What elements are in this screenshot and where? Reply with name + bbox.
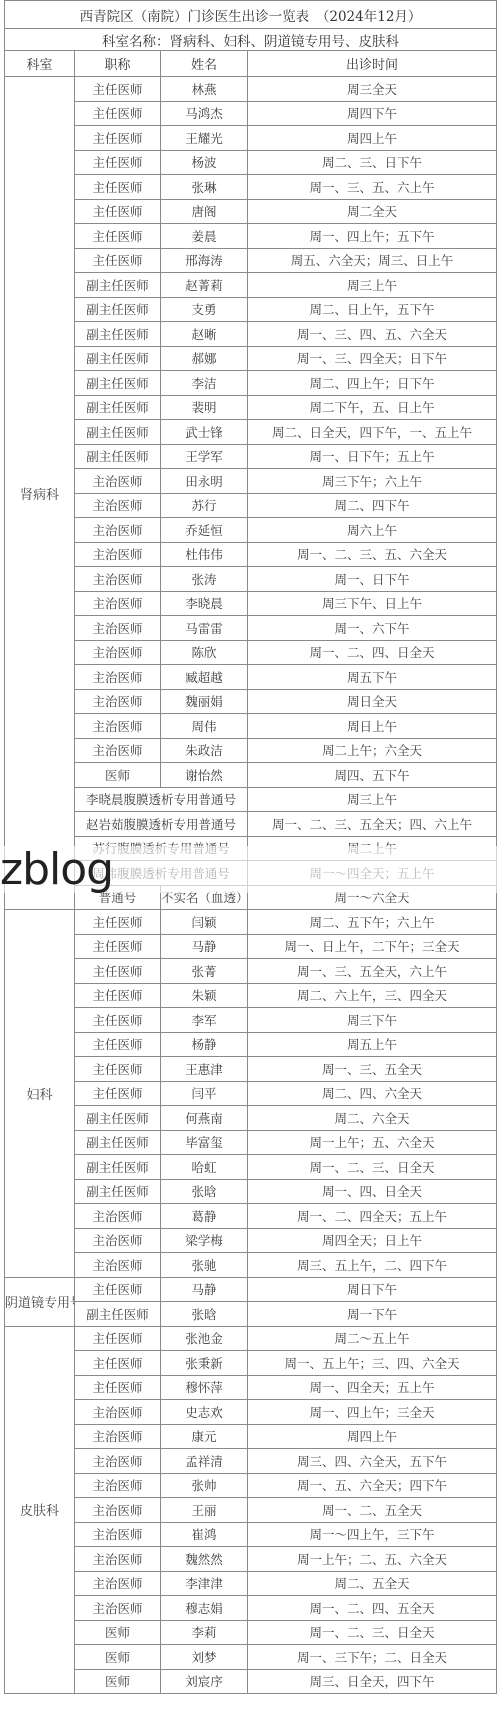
schedule-cell: 周一、日上午，二下午；三全天 bbox=[248, 934, 497, 959]
table-row: 主任医师王惠津周一、三、五全天 bbox=[5, 1057, 497, 1082]
table-row: 主任医师姜晨周一、四上午；五下午 bbox=[5, 224, 497, 249]
table-row: 主治医师康元周四上午 bbox=[5, 1424, 497, 1449]
schedule-cell: 周一、四上午；三全天 bbox=[248, 1400, 497, 1425]
table-row: 主任医师张琳周一、三、五、六上午 bbox=[5, 175, 497, 200]
name-cell: 孟祥清 bbox=[161, 1449, 248, 1474]
name-cell: 邢海涛 bbox=[161, 248, 248, 273]
title-cell: 副主任医师 bbox=[75, 371, 161, 396]
schedule-cell: 周一、六下午 bbox=[248, 616, 497, 641]
schedule-cell: 周一、二、四全天；五上午 bbox=[248, 1204, 497, 1229]
table-row: 主治医师李晓晨周三下午、日上午 bbox=[5, 591, 497, 616]
table-row: 主任医师杨波周二、三、日下午 bbox=[5, 150, 497, 175]
schedule-sheet: 西青院区（南院）门诊医生出诊一览表 （2024年12月） 科室名称：肾病科、妇科… bbox=[4, 0, 496, 1694]
schedule-cell: 周二全天 bbox=[248, 199, 497, 224]
schedule-cell: 周二上午 bbox=[248, 836, 497, 861]
title-cell: 副主任医师 bbox=[75, 297, 161, 322]
table-row: 主治医师田永明周三下午；六上午 bbox=[5, 469, 497, 494]
schedule-cell: 周日上午 bbox=[248, 714, 497, 739]
name-cell: 林燕 bbox=[161, 77, 248, 102]
title-cell: 主任医师 bbox=[75, 1081, 161, 1106]
table-row: 主治医师魏丽娟周日全天 bbox=[5, 689, 497, 714]
table-row: 副主任医师郝娜周一、三、四全天；日下午 bbox=[5, 346, 497, 371]
title-cell: 副主任医师 bbox=[75, 1155, 161, 1180]
title-cell: 主治医师 bbox=[75, 1522, 161, 1547]
schedule-cell: 周一、五上午；三、四、六全天 bbox=[248, 1351, 497, 1376]
schedule-cell: 周四全天；日上午 bbox=[248, 1228, 497, 1253]
table-row: 主治医师王丽周一、二、五全天 bbox=[5, 1498, 497, 1523]
name-cell: 姜晨 bbox=[161, 224, 248, 249]
title-cell: 主任医师 bbox=[75, 910, 161, 935]
table-row: 主任医师闫平周二、四、六全天 bbox=[5, 1081, 497, 1106]
name-cell: 哈虹 bbox=[161, 1155, 248, 1180]
name-cell: 李晓晨 bbox=[161, 591, 248, 616]
title-cell: 主治医师 bbox=[75, 542, 161, 567]
name-cell: 朱政洁 bbox=[161, 738, 248, 763]
name-cell: 马静 bbox=[161, 934, 248, 959]
schedule-cell: 周三、日全天，四下午 bbox=[248, 1669, 497, 1694]
table-row: 主治医师穆志娟周一、二、四、五全天 bbox=[5, 1596, 497, 1621]
name-cell: 张菁 bbox=[161, 959, 248, 984]
title-cell: 主治医师 bbox=[75, 640, 161, 665]
schedule-cell: 周一、四、日全天 bbox=[248, 1179, 497, 1204]
title-cell: 副主任医师 bbox=[75, 1302, 161, 1327]
schedule-cell: 周二、三、日下午 bbox=[248, 150, 497, 175]
title-cell: 主任医师 bbox=[75, 1057, 161, 1082]
title-cell: 副主任医师 bbox=[75, 420, 161, 445]
table-row: 主治医师乔延恒周六上午 bbox=[5, 518, 497, 543]
title-cell: 主任医师 bbox=[75, 126, 161, 151]
name-cell: 崔鸿 bbox=[161, 1522, 248, 1547]
schedule-cell: 周二、五全天 bbox=[248, 1571, 497, 1596]
title-cell: 主治医师 bbox=[75, 518, 161, 543]
title-cell: 副主任医师 bbox=[75, 273, 161, 298]
title-cell: 主任医师 bbox=[75, 934, 161, 959]
table-title: 西青院区（南院）门诊医生出诊一览表 （2024年12月） bbox=[5, 1, 497, 29]
schedule-cell: 周二、日上午，五下午 bbox=[248, 297, 497, 322]
table-row: 主任医师马静周一、日上午，二下午；三全天 bbox=[5, 934, 497, 959]
name-cell: 康元 bbox=[161, 1424, 248, 1449]
schedule-cell: 周一、四全天；五上午 bbox=[248, 1375, 497, 1400]
name-cell: 张涛 bbox=[161, 567, 248, 592]
title-cell: 主治医师 bbox=[75, 1547, 161, 1572]
schedule-cell: 周一、三、五全天，六上午 bbox=[248, 959, 497, 984]
name-cell: 马鸿杰 bbox=[161, 101, 248, 126]
title-cell: 医师 bbox=[75, 1669, 161, 1694]
table-row: 主治医师李津津周二、五全天 bbox=[5, 1571, 497, 1596]
schedule-cell: 周一～六全天 bbox=[248, 885, 497, 910]
schedule-cell: 周四下午 bbox=[248, 101, 497, 126]
name-cell: 马静 bbox=[161, 1277, 248, 1302]
table-row: 主治医师张涛周一、日下午 bbox=[5, 567, 497, 592]
title-cell: 主任医师 bbox=[75, 175, 161, 200]
schedule-cell: 周二～五上午 bbox=[248, 1326, 497, 1351]
title-cell: 主任医师 bbox=[75, 1008, 161, 1033]
header-department: 科室 bbox=[5, 51, 75, 77]
table-row: 主治医师苏行周二、四下午 bbox=[5, 493, 497, 518]
schedule-cell: 周一上午；五、六全天 bbox=[248, 1130, 497, 1155]
table-row: 主治医师梁学梅周四全天；日上午 bbox=[5, 1228, 497, 1253]
title-cell: 主治医师 bbox=[75, 1253, 161, 1278]
schedule-cell: 周五、六全天；周三、日上午 bbox=[248, 248, 497, 273]
special-clinic-cell: 赵岩茹腹膜透析专用普通号 bbox=[75, 812, 248, 837]
schedule-cell: 周二下午，五、日上午 bbox=[248, 395, 497, 420]
table-row: 副主任医师李洁周二、四上午；日下午 bbox=[5, 371, 497, 396]
header-name: 姓名 bbox=[161, 51, 248, 77]
name-cell: 李军 bbox=[161, 1008, 248, 1033]
title-cell: 医师 bbox=[75, 763, 161, 788]
name-cell: 刘宸序 bbox=[161, 1669, 248, 1694]
schedule-cell: 周一、二、三、五、六全天 bbox=[248, 542, 497, 567]
table-row: 李晓晨腹膜透析专用普通号周三上午 bbox=[5, 787, 497, 812]
table-row: 主任医师张秉新周一、五上午；三、四、六全天 bbox=[5, 1351, 497, 1376]
table-row: 副主任医师张晗周一下午 bbox=[5, 1302, 497, 1327]
name-cell: 张晗 bbox=[161, 1179, 248, 1204]
schedule-cell: 周一、三、四、五、六全天 bbox=[248, 322, 497, 347]
name-cell: 张帅 bbox=[161, 1473, 248, 1498]
name-cell: 李津津 bbox=[161, 1571, 248, 1596]
name-cell: 王学军 bbox=[161, 444, 248, 469]
title-cell: 主治医师 bbox=[75, 1424, 161, 1449]
title-cell: 副主任医师 bbox=[75, 1106, 161, 1131]
title-cell: 主任医师 bbox=[75, 1032, 161, 1057]
title-cell: 副主任医师 bbox=[75, 1130, 161, 1155]
schedule-cell: 周一、三下午；二、日全天 bbox=[248, 1645, 497, 1670]
table-row: 赵岩茹腹膜透析专用普通号周一、二、三、五全天；四、六上午 bbox=[5, 812, 497, 837]
table-row: 医师李莉周一、二、三、日全天 bbox=[5, 1620, 497, 1645]
schedule-cell: 周一、二、四、五全天 bbox=[248, 1596, 497, 1621]
schedule-cell: 周一上午；二、五、六全天 bbox=[248, 1547, 497, 1572]
table-row: 主任医师唐阁周二全天 bbox=[5, 199, 497, 224]
name-cell: 闫颖 bbox=[161, 910, 248, 935]
name-cell: 谢怡然 bbox=[161, 763, 248, 788]
schedule-cell: 周一、四上午；五下午 bbox=[248, 224, 497, 249]
schedule-cell: 周三、五上午，二、四下午 bbox=[248, 1253, 497, 1278]
schedule-cell: 周四上午 bbox=[248, 1424, 497, 1449]
name-cell: 乔延恒 bbox=[161, 518, 248, 543]
title-cell: 主治医师 bbox=[75, 567, 161, 592]
name-cell: 王惠津 bbox=[161, 1057, 248, 1082]
table-row: 主治医师孟祥清周三、四、六全天，五下午 bbox=[5, 1449, 497, 1474]
schedule-cell: 周一、三、四全天；日下午 bbox=[248, 346, 497, 371]
schedule-cell: 周三、四、六全天，五下午 bbox=[248, 1449, 497, 1474]
table-row: 副主任医师武士锋周二、日全天，四下午，一、五上午 bbox=[5, 420, 497, 445]
table-row: 主任医师朱颖周二、六上午，三、四全天 bbox=[5, 983, 497, 1008]
title-cell: 主治医师 bbox=[75, 591, 161, 616]
table-row: 副主任医师支勇周二、日上午，五下午 bbox=[5, 297, 497, 322]
table-row: 苏行腹膜透析专用普通号周二上午 bbox=[5, 836, 497, 861]
name-cell: 马雷雷 bbox=[161, 616, 248, 641]
name-cell: 张驰 bbox=[161, 1253, 248, 1278]
name-cell: 赵晰 bbox=[161, 322, 248, 347]
table-row: 主治医师朱政洁周二上午；六全天 bbox=[5, 738, 497, 763]
schedule-cell: 周一、二、三、五全天；四、六上午 bbox=[248, 812, 497, 837]
name-cell: 魏丽娟 bbox=[161, 689, 248, 714]
header-title: 职称 bbox=[75, 51, 161, 77]
title-cell: 主治医师 bbox=[75, 714, 161, 739]
table-row: 主治医师张帅周一、五、六全天；四下午 bbox=[5, 1473, 497, 1498]
table-row: 副主任医师裴明周二下午，五、日上午 bbox=[5, 395, 497, 420]
name-cell: 张琳 bbox=[161, 175, 248, 200]
table-row: 主任医师张菁周一、三、五全天，六上午 bbox=[5, 959, 497, 984]
table-row: 医师刘梦周一、三下午；二、日全天 bbox=[5, 1645, 497, 1670]
name-cell: 杜伟伟 bbox=[161, 542, 248, 567]
schedule-cell: 周六上午 bbox=[248, 518, 497, 543]
table-row: 周伟腹膜透析专用普通号周一～四全天；五上午 bbox=[5, 861, 497, 886]
special-clinic-cell: 李晓晨腹膜透析专用普通号 bbox=[75, 787, 248, 812]
schedule-cell: 周一、二、三、日全天 bbox=[248, 1155, 497, 1180]
department-cell: 阴道镜专用号 bbox=[5, 1277, 75, 1326]
table-row: 主治医师杜伟伟周一、二、三、五、六全天 bbox=[5, 542, 497, 567]
schedule-cell: 周一、日下午 bbox=[248, 567, 497, 592]
table-row: 主治医师臧超越周五下午 bbox=[5, 665, 497, 690]
schedule-cell: 周三上午 bbox=[248, 273, 497, 298]
schedule-cell: 周五上午 bbox=[248, 1032, 497, 1057]
schedule-cell: 周二、五下午；六上午 bbox=[248, 910, 497, 935]
title-cell: 主治医师 bbox=[75, 1596, 161, 1621]
title-cell: 主任医师 bbox=[75, 1375, 161, 1400]
schedule-cell: 周一～四上午，三下午 bbox=[248, 1522, 497, 1547]
table-row: 主治医师张驰周三、五上午，二、四下午 bbox=[5, 1253, 497, 1278]
title-cell: 主任医师 bbox=[75, 224, 161, 249]
name-cell: 李莉 bbox=[161, 1620, 248, 1645]
table-row: 主治医师史志欢周一、四上午；三全天 bbox=[5, 1400, 497, 1425]
name-cell: 张秉新 bbox=[161, 1351, 248, 1376]
schedule-cell: 周二、日全天，四下午，一、五上午 bbox=[248, 420, 497, 445]
name-cell: 陈欣 bbox=[161, 640, 248, 665]
name-cell: 唐阁 bbox=[161, 199, 248, 224]
schedule-cell: 周一～四全天；五上午 bbox=[248, 861, 497, 886]
name-cell: 苏行 bbox=[161, 493, 248, 518]
title-cell: 主任医师 bbox=[75, 1351, 161, 1376]
department-cell: 妇科 bbox=[5, 910, 75, 1278]
title-row: 西青院区（南院）门诊医生出诊一览表 （2024年12月） bbox=[5, 1, 497, 29]
name-cell: 王丽 bbox=[161, 1498, 248, 1523]
schedule-cell: 周三下午、日上午 bbox=[248, 591, 497, 616]
title-cell: 主治医师 bbox=[75, 689, 161, 714]
table-row: 医师刘宸序周三、日全天，四下午 bbox=[5, 1669, 497, 1694]
title-cell: 主任医师 bbox=[75, 1326, 161, 1351]
title-cell: 主任医师 bbox=[75, 77, 161, 102]
department-cell: 皮肤科 bbox=[5, 1326, 75, 1694]
schedule-cell: 周三上午 bbox=[248, 787, 497, 812]
schedule-cell: 周二上午；六全天 bbox=[248, 738, 497, 763]
special-clinic-cell: 周伟腹膜透析专用普通号 bbox=[75, 861, 248, 886]
title-cell: 主任医师 bbox=[75, 199, 161, 224]
schedule-cell: 周五下午 bbox=[248, 665, 497, 690]
title-cell: 副主任医师 bbox=[75, 346, 161, 371]
table-row: 阴道镜专用号主任医师马静周日下午 bbox=[5, 1277, 497, 1302]
schedule-cell: 周二、四下午 bbox=[248, 493, 497, 518]
title-cell: 主治医师 bbox=[75, 665, 161, 690]
title-cell: 副主任医师 bbox=[75, 1179, 161, 1204]
table-row: 主治医师马雷雷周一、六下午 bbox=[5, 616, 497, 641]
schedule-cell: 周日下午 bbox=[248, 1277, 497, 1302]
table-row: 皮肤科主任医师张池金周二～五上午 bbox=[5, 1326, 497, 1351]
name-cell: 葛静 bbox=[161, 1204, 248, 1229]
title-cell: 主任医师 bbox=[75, 1277, 161, 1302]
name-cell: 朱颖 bbox=[161, 983, 248, 1008]
table-subtitle: 科室名称：肾病科、妇科、阴道镜专用号、皮肤科 bbox=[5, 29, 497, 51]
title-cell: 普通号 bbox=[75, 885, 161, 910]
schedule-cell: 周一、二、四、日全天 bbox=[248, 640, 497, 665]
schedule-cell: 周三下午；六上午 bbox=[248, 469, 497, 494]
table-row: 主任医师马鸿杰周四下午 bbox=[5, 101, 497, 126]
name-cell: 李洁 bbox=[161, 371, 248, 396]
table-row: 副主任医师张晗周一、四、日全天 bbox=[5, 1179, 497, 1204]
title-cell: 主治医师 bbox=[75, 1473, 161, 1498]
name-cell: 魏然然 bbox=[161, 1547, 248, 1572]
name-cell: 王耀光 bbox=[161, 126, 248, 151]
header-schedule: 出诊时间 bbox=[248, 51, 497, 77]
table-row: 主治医师葛静周一、二、四全天；五上午 bbox=[5, 1204, 497, 1229]
department-cell: 肾病科 bbox=[5, 77, 75, 910]
header-row: 科室 职称 姓名 出诊时间 bbox=[5, 51, 497, 77]
table-row: 主任医师李军周三下午 bbox=[5, 1008, 497, 1033]
schedule-cell: 周二、四、六全天 bbox=[248, 1081, 497, 1106]
name-cell: 臧超越 bbox=[161, 665, 248, 690]
name-cell: 田永明 bbox=[161, 469, 248, 494]
title-cell: 主治医师 bbox=[75, 1449, 161, 1474]
title-cell: 主治医师 bbox=[75, 469, 161, 494]
table-row: 主任医师杨静周五上午 bbox=[5, 1032, 497, 1057]
schedule-cell: 周一、三、五、六上午 bbox=[248, 175, 497, 200]
schedule-cell: 周三全天 bbox=[248, 77, 497, 102]
schedule-cell: 周一、二、五全天 bbox=[248, 1498, 497, 1523]
schedule-cell: 周一下午 bbox=[248, 1302, 497, 1327]
table-row: 医师谢怡然周四、五下午 bbox=[5, 763, 497, 788]
schedule-cell: 周四上午 bbox=[248, 126, 497, 151]
name-cell: 穆志娟 bbox=[161, 1596, 248, 1621]
title-cell: 主治医师 bbox=[75, 493, 161, 518]
schedule-cell: 周四、五下午 bbox=[248, 763, 497, 788]
name-cell: 穆怀萍 bbox=[161, 1375, 248, 1400]
title-cell: 主治医师 bbox=[75, 1571, 161, 1596]
name-cell: 刘梦 bbox=[161, 1645, 248, 1670]
schedule-cell: 周日全天 bbox=[248, 689, 497, 714]
table-row: 副主任医师哈虹周一、二、三、日全天 bbox=[5, 1155, 497, 1180]
name-cell: 毕富玺 bbox=[161, 1130, 248, 1155]
title-cell: 主任医师 bbox=[75, 983, 161, 1008]
name-cell: 杨静 bbox=[161, 1032, 248, 1057]
schedule-cell: 周一、三、五全天 bbox=[248, 1057, 497, 1082]
title-cell: 主任医师 bbox=[75, 959, 161, 984]
name-cell: 赵菁莉 bbox=[161, 273, 248, 298]
name-cell: 裴明 bbox=[161, 395, 248, 420]
name-cell: 郝娜 bbox=[161, 346, 248, 371]
table-row: 主治医师崔鸿周一～四上午，三下午 bbox=[5, 1522, 497, 1547]
table-row: 副主任医师赵晰周一、三、四、五、六全天 bbox=[5, 322, 497, 347]
table-row: 主治医师陈欣周一、二、四、日全天 bbox=[5, 640, 497, 665]
schedule-cell: 周三下午 bbox=[248, 1008, 497, 1033]
name-cell: 杨波 bbox=[161, 150, 248, 175]
name-cell: 武士锋 bbox=[161, 420, 248, 445]
name-cell: 闫平 bbox=[161, 1081, 248, 1106]
table-row: 副主任医师毕富玺周一上午；五、六全天 bbox=[5, 1130, 497, 1155]
table-row: 副主任医师赵菁莉周三上午 bbox=[5, 273, 497, 298]
title-cell: 主任医师 bbox=[75, 248, 161, 273]
table-row: 主任医师邢海涛周五、六全天；周三、日上午 bbox=[5, 248, 497, 273]
title-cell: 主治医师 bbox=[75, 1228, 161, 1253]
schedule-table: 西青院区（南院）门诊医生出诊一览表 （2024年12月） 科室名称：肾病科、妇科… bbox=[4, 0, 497, 1694]
name-cell: 支勇 bbox=[161, 297, 248, 322]
title-cell: 主任医师 bbox=[75, 150, 161, 175]
name-cell: 张晗 bbox=[161, 1302, 248, 1327]
table-row: 妇科主任医师闫颖周二、五下午；六上午 bbox=[5, 910, 497, 935]
title-cell: 主治医师 bbox=[75, 1400, 161, 1425]
table-row: 副主任医师王学军周一、日下午；五上午 bbox=[5, 444, 497, 469]
special-clinic-cell: 苏行腹膜透析专用普通号 bbox=[75, 836, 248, 861]
schedule-cell: 周二、六全天 bbox=[248, 1106, 497, 1131]
schedule-cell: 周二、四上午；日下午 bbox=[248, 371, 497, 396]
schedule-cell: 周一、二、三、日全天 bbox=[248, 1620, 497, 1645]
name-cell: 不实名（血透） bbox=[161, 885, 248, 910]
title-cell: 主治医师 bbox=[75, 616, 161, 641]
name-cell: 何燕南 bbox=[161, 1106, 248, 1131]
title-cell: 副主任医师 bbox=[75, 322, 161, 347]
title-cell: 医师 bbox=[75, 1620, 161, 1645]
title-cell: 医师 bbox=[75, 1645, 161, 1670]
subtitle-row: 科室名称：肾病科、妇科、阴道镜专用号、皮肤科 bbox=[5, 29, 497, 51]
schedule-cell: 周一、五、六全天；四下午 bbox=[248, 1473, 497, 1498]
title-cell: 主治医师 bbox=[75, 1204, 161, 1229]
title-cell: 主任医师 bbox=[75, 101, 161, 126]
table-row: 主治医师魏然然周一上午；二、五、六全天 bbox=[5, 1547, 497, 1572]
table-row: 肾病科主任医师林燕周三全天 bbox=[5, 77, 497, 102]
title-cell: 副主任医师 bbox=[75, 444, 161, 469]
table-row: 普通号不实名（血透）周一～六全天 bbox=[5, 885, 497, 910]
table-row: 主任医师王耀光周四上午 bbox=[5, 126, 497, 151]
table-row: 副主任医师何燕南周二、六全天 bbox=[5, 1106, 497, 1131]
name-cell: 史志欢 bbox=[161, 1400, 248, 1425]
title-cell: 主治医师 bbox=[75, 1498, 161, 1523]
table-row: 主治医师周伟周日上午 bbox=[5, 714, 497, 739]
schedule-cell: 周二、六上午，三、四全天 bbox=[248, 983, 497, 1008]
name-cell: 周伟 bbox=[161, 714, 248, 739]
title-cell: 副主任医师 bbox=[75, 395, 161, 420]
table-row: 主任医师穆怀萍周一、四全天；五上午 bbox=[5, 1375, 497, 1400]
schedule-cell: 周一、日下午；五上午 bbox=[248, 444, 497, 469]
name-cell: 张池金 bbox=[161, 1326, 248, 1351]
title-cell: 主治医师 bbox=[75, 738, 161, 763]
schedule-body: 肾病科主任医师林燕周三全天主任医师马鸿杰周四下午主任医师王耀光周四上午主任医师杨… bbox=[5, 77, 497, 1694]
name-cell: 梁学梅 bbox=[161, 1228, 248, 1253]
